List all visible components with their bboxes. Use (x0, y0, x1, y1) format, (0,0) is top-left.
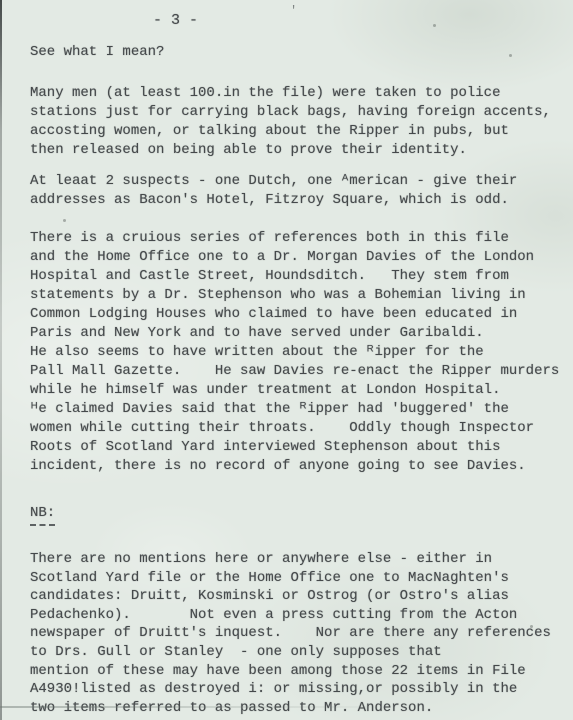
scan-edge-left (0, 0, 2, 720)
scan-speck (433, 24, 436, 27)
nb-heading: NB: (30, 504, 55, 526)
page-number: - 3 - (153, 11, 198, 30)
scan-speck: ' (290, 4, 297, 18)
paragraph-intro: See what I mean? (30, 43, 164, 62)
paragraph-nb-body: There are no mentions here or anywhere e… (30, 550, 551, 717)
scan-artifact-line (0, 706, 400, 708)
typewritten-page: - 3 - ' See what I mean? Many men (at le… (0, 0, 573, 720)
nb-label: NB: (30, 504, 55, 526)
paragraph-davies-stephenson: There is a cruious series of references … (30, 229, 559, 476)
scan-speck (63, 219, 66, 222)
paragraph-two-suspects: At leaat 2 suspects - one Dutch, one ᴬme… (30, 172, 517, 210)
scan-speck (509, 54, 512, 57)
paragraph-police-stations: Many men (at least 100.in the file) were… (30, 84, 551, 160)
